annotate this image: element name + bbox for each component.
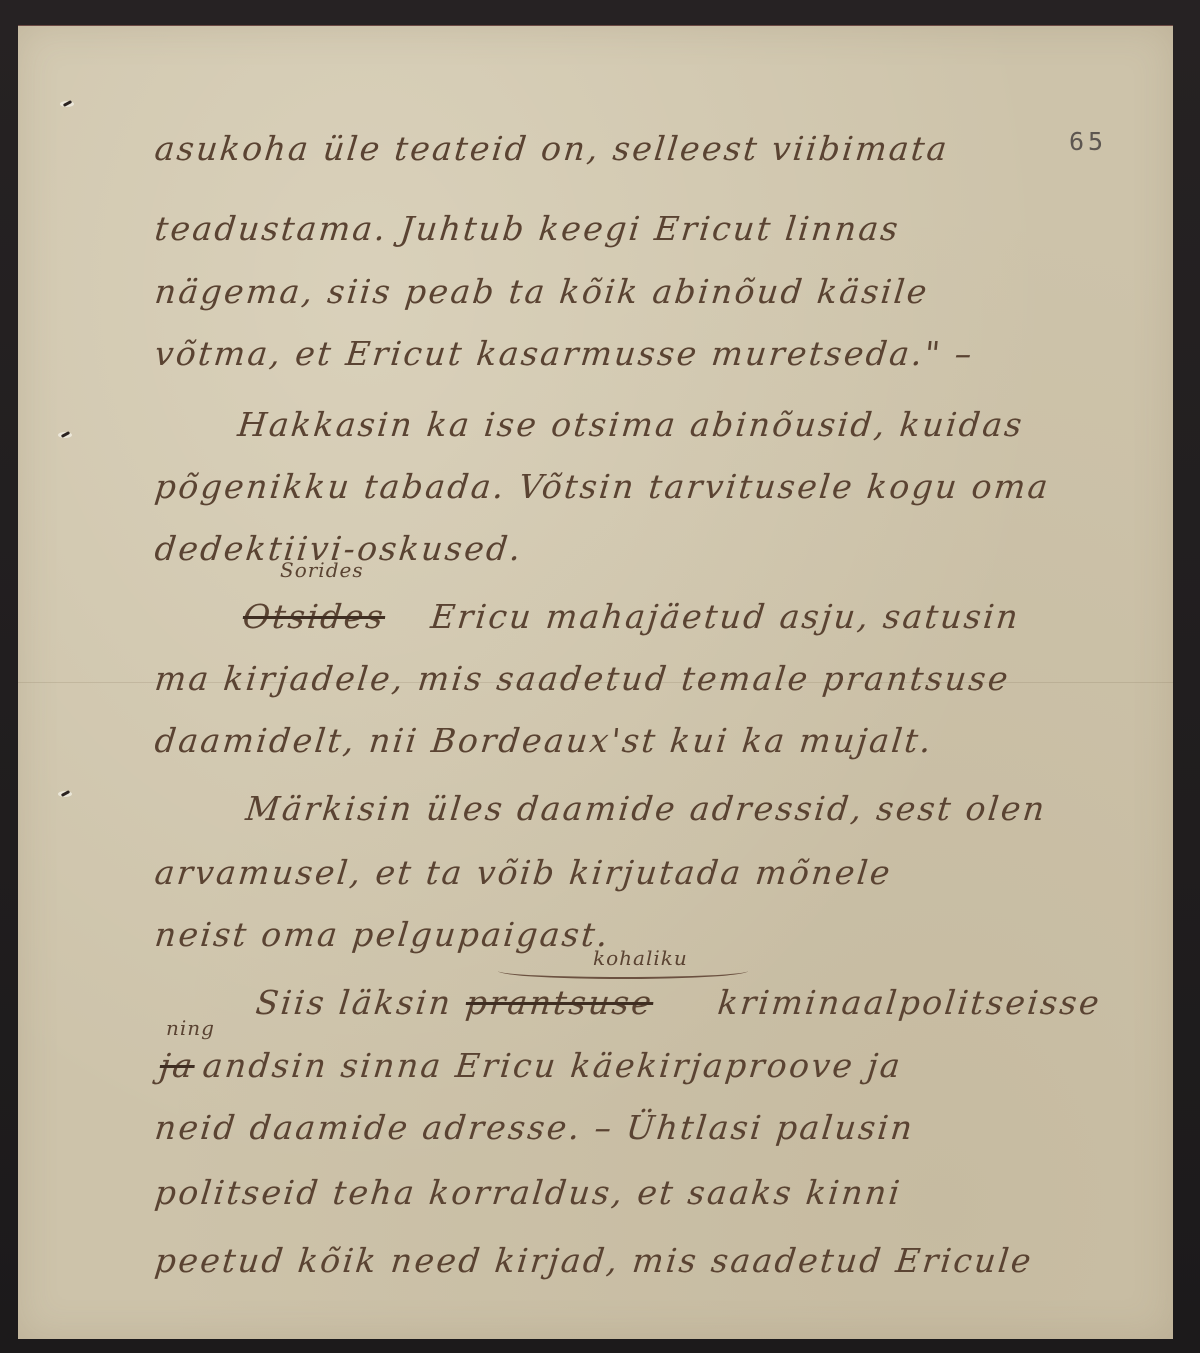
manuscript-line-12: arvamusel, et ta võib kirjutada mõnele [153, 853, 894, 892]
struck-text: Otsides [241, 597, 387, 636]
manuscript-line-9: ma kirjadele, mis saadetud temale prants… [153, 659, 1012, 698]
struck-text: prantsuse [464, 983, 655, 1022]
manuscript-line-1: asukoha üle teateid on, selleest viibima… [153, 129, 951, 168]
manuscript-line-15: andsin sinna Ericu käekirjaproove ja [201, 1046, 904, 1085]
manuscript-line-8: Ericu mahajäetud asju, satusin [429, 597, 1022, 636]
manuscript-line-16: neid daamide adresse. – Ühtlasi palusin [153, 1108, 916, 1147]
manuscript-line-18: peetud kõik need kirjad, mis saadetud Er… [153, 1241, 1035, 1280]
struck-text: ja [158, 1046, 197, 1085]
page-number: 65 [1069, 127, 1107, 156]
punch-hole-mark-2 [58, 430, 72, 440]
struck-word-line-14: prantsuse [464, 983, 655, 1022]
manuscript-line-14-start: Siis läksin [254, 983, 455, 1022]
punch-hole-mark-3 [58, 789, 72, 799]
inserted-word-line-15: ning [166, 1016, 215, 1040]
manuscript-line-14-end: kriminaalpolitseisse [716, 983, 1103, 1022]
manuscript-line-11: Märkisin üles daamide adressid, sest ole… [244, 789, 1049, 828]
struck-word-line-8: Otsides [241, 597, 387, 636]
manuscript-line-6: põgenikku tabada. Võtsin tarvitusele kog… [153, 467, 1052, 506]
punch-hole-mark-1 [60, 99, 74, 109]
struck-word-line-15: ja [158, 1046, 197, 1085]
manuscript-line-4: võtma, et Ericut kasarmusse muretseda." … [153, 334, 976, 373]
manuscript-line-5: Hakkasin ka ise otsima abinõusid, kuidas [236, 405, 1026, 444]
manuscript-line-13: neist oma pelgupaigast. [153, 915, 612, 954]
manuscript-page: 65 asukoha üle teateid on, selleest viib… [18, 25, 1173, 1339]
manuscript-line-10: daamidelt, nii Bordeaux'st kui ka mujalt… [153, 721, 935, 760]
manuscript-line-2: teadustama. Juhtub keegi Ericut linnas [153, 209, 902, 248]
manuscript-line-3: nägema, siis peab ta kõik abinõud käsile [153, 272, 931, 311]
inserted-word-line-8: Sorides [280, 558, 364, 582]
insertion-arrow [498, 963, 748, 979]
manuscript-line-17: politseid teha korraldus, et saaks kinni [153, 1173, 904, 1212]
